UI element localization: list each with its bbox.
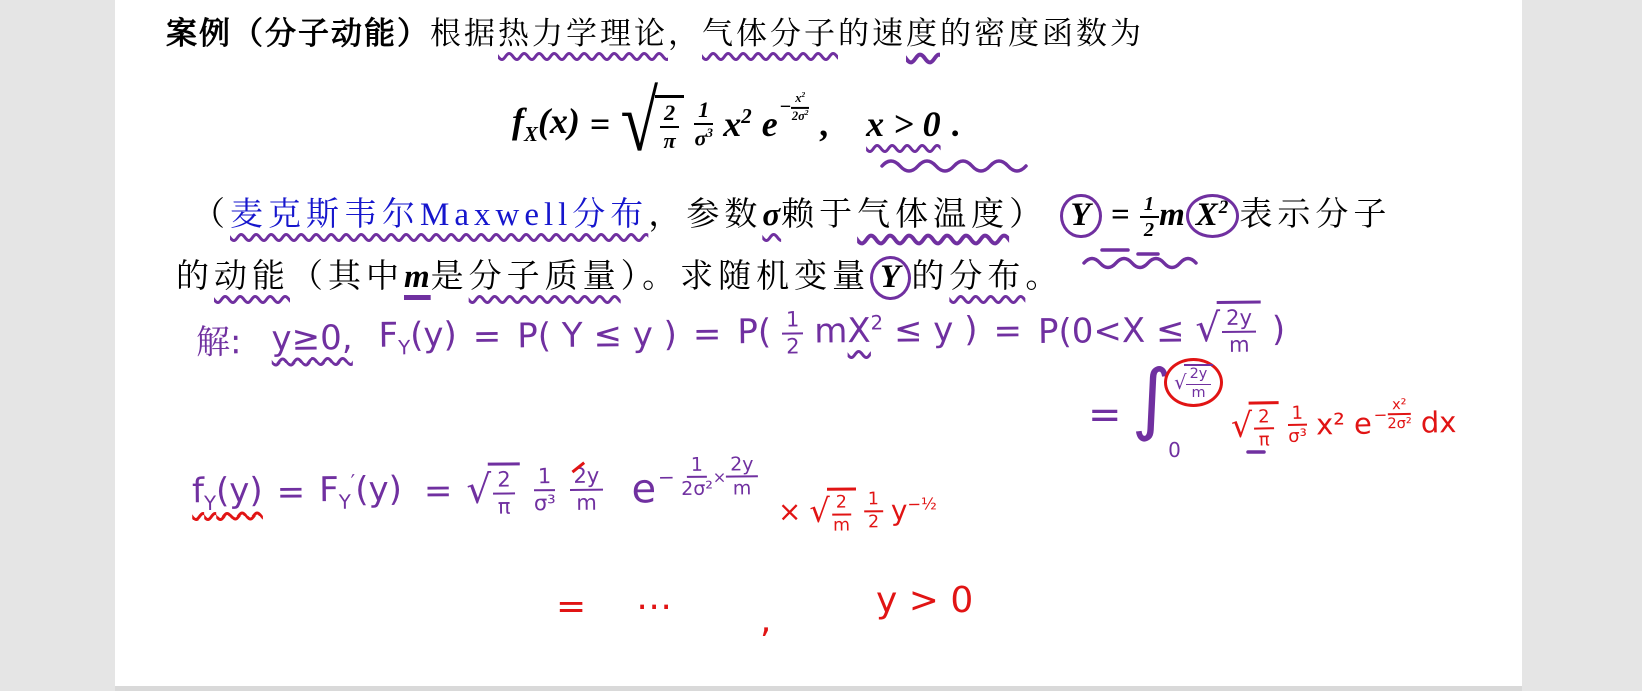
close-paren: ） [1009,197,1047,233]
exp-term-red: e−x²2σ² [1354,405,1412,442]
mass-symbol-inline: m [404,259,431,295]
exponent: −x22σ2 [780,92,809,123]
e-symbol: e [762,103,778,145]
underlined-kinetic-energy: 动能 [214,259,290,295]
underlined-gas-temperature: 气体温度 [857,197,1009,233]
title-text-2: ， [668,16,702,51]
fraction-1-sigma3: 1σ3 [694,98,713,151]
one-half-red: 12 [864,490,883,532]
sigma-parameter: σ [762,197,781,233]
slide-stage: 案例（分子动能）根据热力学理论，气体分子的速度的密度函数为 fX(x) = √ … [0,0,1642,691]
period: . [951,103,960,145]
equals-1: = [277,472,306,512]
circled-upper-limit: √2ym [1164,358,1223,407]
p2-text-5: 的 [911,259,949,295]
paragraph-question: 的动能（其中m是分子质量）。求随机变量Y的分布。 [176,250,1063,300]
energy-equation: Y = 12mX2 [1060,197,1239,233]
fy-lhs: fY(y) [192,470,263,514]
sqrt-2y-over-m: √2ym [1195,301,1261,357]
density-function-formula: fX(x) = √ 2π 1σ3 x2 e −x22σ2 , x > 0 . [512,76,960,172]
p2-text-3: 是 [431,259,469,295]
f-subscript: X [524,123,538,147]
p2-text-6: 。 [1025,259,1063,295]
equals-integral: = [1088,392,1122,438]
cdf-lhs: FY(y) [378,315,457,360]
Fy-prime: FY′(y) [319,469,402,514]
p1-text-1: ，参数 [648,197,762,233]
underlined-gas-molecule: 气体分子 [702,16,838,51]
sqrt-2-over-m-red: √2m [809,487,856,535]
handwriting-line-1: 解: y≥0, FY(y) = P( Y ≤ y ) = P( 12 mX2 ≤… [196,300,1286,367]
p2-text-2: （其中 [290,259,404,295]
one-half-fraction: 12 [1140,193,1159,241]
p2-text-4: ）。求随机变量 [621,259,871,295]
exponent-fraction: x22σ2 [791,92,809,123]
title-text-3: 的速 [838,16,906,51]
lower-limit-zero: 0 [1168,438,1223,462]
red-jacobian-factor: × √2m 12 y−½ [778,487,937,536]
equals-sign: = [590,103,611,145]
y-power: y−½ [891,494,937,527]
sqrt-two-over-pi: √ 2π [620,93,684,155]
paragraph-maxwell: （麦克斯韦尔Maxwell分布，参数σ赖于气体温度） Y = 12mX2表示分子 [192,188,1391,242]
sqrt-2-over-pi-red: √2π [1231,401,1280,451]
solve-label: 解: [196,314,242,363]
title-text-4: 的密度函数为 [940,16,1144,51]
f-args: (x) [538,101,580,141]
fraction-1-sigma3-h3: 1σ³ [534,465,556,515]
condition-x-positive: x > 0 [866,103,941,145]
fraction-1-sigma3-red: 1σ³ [1288,404,1308,447]
handwriting-line-3: fY(y) = FY′(y) = √2π 1σ³ 2ym e− 12σ²×2ym… [192,459,937,521]
title-line: 案例（分子动能）根据热力学理论，气体分子的速度的密度函数为 [166,8,1144,53]
x-squared: x2 [723,103,751,145]
prob-halfmX2: P( 12 mX2 ≤ y ) [737,307,978,359]
f-symbol: f [512,101,524,141]
condition-y-positive: y≥0, [271,318,352,359]
circled-Y-2: Y [870,256,911,300]
underlined-distribution: 分布 [949,259,1025,295]
exponential-term: e −x22σ2 [762,103,809,145]
maxwell-distribution-label: 麦克斯韦尔Maxwell分布 [230,197,648,233]
mass-symbol: m [1159,197,1186,233]
dx-symbol: dx [1421,405,1457,440]
prob-X-range: P(0<X ≤ √2ym ) [1038,300,1286,358]
sqrt-2-over-pi-h3: √2π [466,462,520,518]
p2-text-1: 的 [176,259,214,295]
prob-Y-le-y: P( Y ≤ y ) [517,314,677,356]
fraction-2-pi: 2π [660,101,679,153]
radical-sign: √ [620,84,658,161]
x-squared-red: x² [1316,407,1345,441]
equals-2: = [693,314,722,354]
comma: , [819,103,828,145]
underlined-molecular-mass: 分子质量 [469,259,621,295]
title-text-1: 根据 [430,16,498,51]
equals-1: = [473,316,502,356]
integral-limits: √2ym 0 [1164,366,1223,462]
circled-Y: Y [1060,194,1101,238]
title-case-label: 案例（分子动能） [166,16,430,51]
p1-text-3: 表示分子 [1239,197,1391,233]
fx-lhs: fX(x) [512,100,580,147]
equals-2: = [424,471,453,511]
red-integrand: √2π 1σ³ x² e−x²2σ² dx [1231,398,1457,451]
underlined-thermo-theory: 热力学理论 [498,16,668,51]
underlined-speed: 度 [906,16,940,51]
page-bottom-edge [115,686,1522,691]
circled-X-squared: X2 [1186,194,1240,238]
fraction-2y-m: 2ym [569,465,603,515]
p1-text-2: 赖于 [781,197,857,233]
equals-3: = [993,311,1022,351]
handwriting-line-2: = ∫ √2ym 0 √2π 1σ³ x² e−x²2σ² dx [1088,366,1457,462]
exp-term-h3: e− 12σ²×2ym [631,465,758,512]
open-paren: （ [192,197,230,233]
